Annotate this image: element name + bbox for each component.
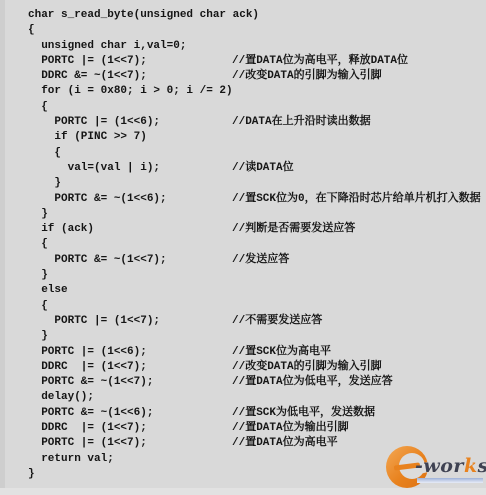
code-comment: //置DATA位为高电平 [232,436,338,451]
code-line: { [28,23,486,38]
e-works-logo: -works [385,445,485,491]
code-text: PORTC |= (1<<6); [28,116,160,128]
logo-text-prefix: -wor [415,455,464,477]
logo-underline-bar [417,478,483,483]
code-line: for (i = 0x80; i > 0; i /= 2) [28,84,486,99]
code-text: if (ack) [28,223,94,235]
code-comment: //置SCK为低电平，发送数据 [232,406,375,421]
code-line: } [28,176,486,191]
code-text: PORTC |= (1<<7); [28,437,147,449]
code-line: PORTC |= (1<<6);//置SCK位为高电平 [28,345,486,360]
code-line: PORTC &= ~(1<<6);//置SCK位为0，在下降沿时芯片给单片机打入… [28,192,486,207]
code-text: } [28,269,48,281]
logo-text-s: s [478,455,486,477]
code-text: else [28,284,68,296]
code-text: { [28,238,48,250]
code-line: PORTC &= ~(1<<7);//发送应答 [28,253,486,268]
code-line: unsigned char i,val=0; [28,39,486,54]
code-text: val=(val | i); [28,162,160,174]
code-line: { [28,237,486,252]
e-works-logo-text: -works [415,456,486,477]
page-left-edge [0,0,5,495]
code-text: PORTC |= (1<<7); [28,315,160,327]
logo-text-k: k [464,455,478,477]
code-line: PORTC |= (1<<6);//DATA在上升沿时读出数据 [28,115,486,130]
code-text: delay(); [28,391,94,403]
code-text: PORTC &= ~(1<<6); [28,193,167,205]
code-line: } [28,268,486,283]
code-line: else [28,283,486,298]
code-comment: //置DATA位为输出引脚 [232,421,349,436]
code-comment: //DATA在上升沿时读出数据 [232,115,371,130]
code-line: } [28,329,486,344]
code-line: if (ack)//判断是否需要发送应答 [28,222,486,237]
code-text: } [28,330,48,342]
code-text: DDRC &= ~(1<<7); [28,70,147,82]
code-comment: //置DATA位为低电平，发送应答 [232,375,393,390]
code-comment: //不需要发送应答 [232,314,322,329]
code-block: char s_read_byte(unsigned char ack){ uns… [28,8,486,482]
code-comment: //发送应答 [232,253,289,268]
code-line: PORTC |= (1<<7);//不需要发送应答 [28,314,486,329]
code-line: DDRC |= (1<<7);//置DATA位为输出引脚 [28,421,486,436]
code-text: PORTC |= (1<<7); [28,55,147,67]
code-text: { [28,101,48,113]
code-comment: //读DATA位 [232,161,294,176]
code-line: delay(); [28,390,486,405]
code-line: PORTC &= ~(1<<7);//置DATA位为低电平，发送应答 [28,375,486,390]
code-text: } [28,177,61,189]
code-line: { [28,299,486,314]
code-comment: //判断是否需要发送应答 [232,222,355,237]
code-line: { [28,100,486,115]
code-text: { [28,147,61,159]
code-line: { [28,146,486,161]
code-line: val=(val | i);//读DATA位 [28,161,486,176]
code-text: for (i = 0x80; i > 0; i /= 2) [28,85,233,97]
code-text: return val; [28,453,114,465]
code-text: char s_read_byte(unsigned char ack) [28,9,259,21]
code-line: PORTC &= ~(1<<6);//置SCK为低电平，发送数据 [28,406,486,421]
code-line: } [28,207,486,222]
code-line: if (PINC >> 7) [28,130,486,145]
code-line: char s_read_byte(unsigned char ack) [28,8,486,23]
code-text: DDRC |= (1<<7); [28,422,147,434]
code-comment: //改变DATA的引脚为输入引脚 [232,360,382,375]
code-text: if (PINC >> 7) [28,131,147,143]
code-line: DDRC |= (1<<7);//改变DATA的引脚为输入引脚 [28,360,486,375]
code-comment: //置DATA位为高电平，释放DATA位 [232,54,408,69]
code-text: PORTC &= ~(1<<7); [28,254,167,266]
code-text: unsigned char i,val=0; [28,40,186,52]
code-text: PORTC |= (1<<6); [28,346,147,358]
code-comment: //置SCK位为高电平 [232,345,331,360]
code-comment: //改变DATA的引脚为输入引脚 [232,69,382,84]
code-text: PORTC &= ~(1<<6); [28,407,153,419]
code-text: } [28,468,35,480]
code-comment: //置SCK位为0，在下降沿时芯片给单片机打入数据 [232,192,481,207]
code-text: { [28,300,48,312]
code-text: PORTC &= ~(1<<7); [28,376,153,388]
code-line: PORTC |= (1<<7);//置DATA位为高电平，释放DATA位 [28,54,486,69]
code-text: { [28,24,35,36]
code-line: DDRC &= ~(1<<7);//改变DATA的引脚为输入引脚 [28,69,486,84]
code-text: DDRC |= (1<<7); [28,361,147,373]
code-text: } [28,208,48,220]
